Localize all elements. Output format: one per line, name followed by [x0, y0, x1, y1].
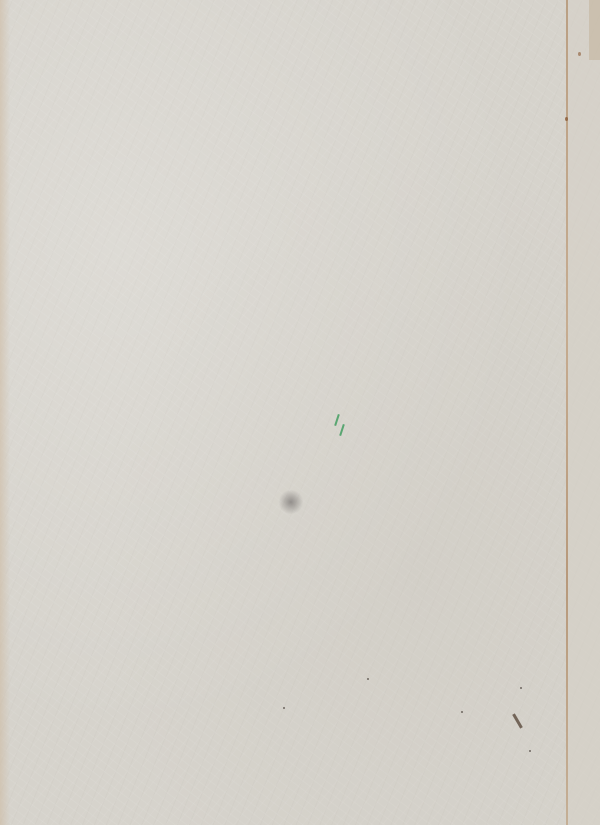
rust-spot	[565, 117, 568, 121]
speck	[367, 678, 369, 680]
book-cover	[0, 0, 600, 825]
spine-crease	[566, 0, 568, 825]
speck	[283, 707, 285, 709]
speck	[461, 711, 463, 713]
spine-tab-patch	[589, 0, 600, 60]
left-edge-discoloration	[0, 0, 10, 825]
rust-spot	[578, 52, 581, 56]
speck	[529, 750, 531, 752]
pencil-mark	[334, 414, 340, 426]
scratch-mark	[512, 713, 523, 728]
speck	[520, 687, 522, 689]
spine-strip	[568, 0, 600, 825]
ink-smudge	[278, 490, 304, 514]
pencil-mark	[339, 424, 345, 436]
